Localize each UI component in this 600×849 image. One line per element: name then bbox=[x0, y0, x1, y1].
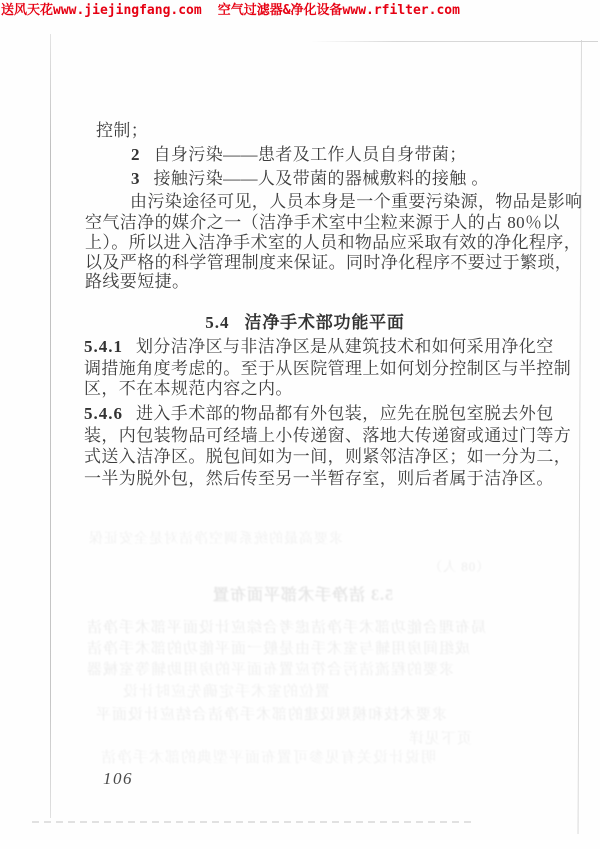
clause-line: 5.4.6进入手术部的物品都有外包装，应先在脱包室脱去外包 bbox=[84, 404, 554, 423]
watermark-header: 送风天花www.jiejingfang.com空气过滤器&净化设备www.rfi… bbox=[1, 2, 460, 19]
bleedthrough-line: 成组间房用辅与室术手由是般一面平能功的部术手净洁 bbox=[86, 637, 470, 658]
line-text: 进入手术部的物品都有外包装，应先在脱包室脱去外包 bbox=[136, 404, 554, 423]
page-top-edge bbox=[310, 41, 598, 42]
bleedthrough-line: 明说计设关有见参可置布面平型典的部术手净洁 bbox=[100, 746, 436, 767]
bleedthrough-line: （08 人） bbox=[428, 556, 489, 575]
list-item: 3接触污染——人及带菌的器械敷料的接触 。 bbox=[131, 169, 489, 188]
paragraph-line: 式送入洁净区。脱包间如为一间，则紧邻洁净区；如一分为二， bbox=[84, 447, 571, 466]
page-bottom-shadow bbox=[32, 821, 474, 823]
line-text: 路线要短捷。 bbox=[85, 272, 189, 291]
paragraph-line: 由污染途径可见，人员本身是一个重要污染源，物品是影响 bbox=[130, 192, 582, 211]
bleedthrough-line: 求要高最的统系调空净洁对是全安证保 bbox=[88, 528, 343, 548]
line-text: 装，内包装物品可经墙上小传递窗、落地大传递窗或通过门等方 bbox=[84, 426, 571, 445]
bleedthrough-line: 求要的程流洁污合符应置布面平的房用助辅等室械器 bbox=[86, 658, 454, 679]
line-text: 划分洁净区与非洁净区是从建筑技术和如何采用净化空 bbox=[136, 337, 554, 356]
line-text: 以及严格的科学管理制度来保证。同时净化程序不要过于繁琐， bbox=[85, 253, 572, 272]
bleedthrough-line: 求要术技和模规设建的部术手净洁合结应计设面平 bbox=[95, 703, 447, 724]
paragraph-line: 空气洁净的媒介之一（洁净手术室中尘粒来源于人的占 80％以 bbox=[85, 213, 560, 232]
line-text: 由污染途径可见，人员本身是一个重要污染源，物品是影响 bbox=[130, 192, 582, 211]
line-text: 式送入洁净区。脱包间如为一间，则紧邻洁净区；如一分为二， bbox=[84, 447, 571, 466]
list-item: 2自身污染——患者及工作人员自身带菌； bbox=[131, 145, 467, 164]
line-text: 调措施角度考虑的。至于从医院管理上如何划分控制区与半控制 bbox=[84, 359, 571, 378]
scanned-document-page: 送风天花www.jiejingfang.com空气过滤器&净化设备www.rfi… bbox=[0, 0, 600, 849]
paragraph-line: 上）。所以进入洁净手术室的人员和物品应采取有效的净化程序， bbox=[85, 233, 581, 252]
line-text: 控制； bbox=[96, 121, 148, 140]
bleedthrough-line: 局布理合能功部术手净洁虑考合综应计设面平部术手净洁 bbox=[86, 616, 486, 637]
clause-number: 5.4.1 bbox=[84, 337, 123, 356]
clause-line: 5.4.1划分洁净区与非洁净区是从建筑技术和如何采用净化空 bbox=[84, 337, 554, 356]
section-number: 5.4 bbox=[205, 313, 229, 332]
paragraph-line: 调措施角度考虑的。至于从医院管理上如何划分控制区与半控制 bbox=[84, 359, 571, 378]
line-text: 区，不在本规范内容之内。 bbox=[84, 379, 293, 398]
watermark-left-text: 送风天花www.jiejingfang.com bbox=[1, 3, 202, 18]
line-text: 一半为脱外包，然后传至另一半暂存室，则后者属于洁净区。 bbox=[84, 469, 554, 488]
line-text: 空气洁净的媒介之一（洁净手术室中尘粒来源于人的占 80％以 bbox=[85, 213, 560, 232]
bleedthrough-line: 页下见详 bbox=[408, 727, 472, 748]
watermark-right-text: 空气过滤器&净化设备www.rfilter.com bbox=[218, 3, 460, 18]
paragraph-line: 装，内包装物品可经墙上小传递窗、落地大传递窗或通过门等方 bbox=[84, 426, 571, 445]
line-text: 自身污染——患者及工作人员自身带菌； bbox=[154, 145, 467, 164]
paragraph-line: 路线要短捷。 bbox=[85, 272, 189, 291]
paragraph-line: 控制； bbox=[96, 121, 148, 140]
clause-number: 5.4.6 bbox=[84, 404, 123, 423]
bleedthrough-line: 置位的室术手定确先应时计设 bbox=[122, 680, 330, 701]
paragraph-line: 一半为脱外包，然后传至另一半暂存室，则后者属于洁净区。 bbox=[84, 469, 554, 488]
page-right-edge bbox=[578, 40, 582, 834]
list-number: 3 bbox=[131, 169, 141, 188]
page-left-edge bbox=[50, 34, 51, 818]
line-text: 接触污染——人及带菌的器械敷料的接触 。 bbox=[154, 169, 489, 188]
list-number: 2 bbox=[131, 145, 141, 164]
bleedthrough-heading: 5.3 洁净手术部平面布置 bbox=[212, 582, 393, 605]
page-number: 106 bbox=[103, 769, 133, 789]
line-text: 上）。所以进入洁净手术室的人员和物品应采取有效的净化程序， bbox=[85, 233, 581, 252]
paragraph-line: 以及严格的科学管理制度来保证。同时净化程序不要过于繁琐， bbox=[85, 253, 572, 272]
section-heading: 5.4洁净手术部功能平面 bbox=[85, 308, 525, 333]
section-title: 洁净手术部功能平面 bbox=[245, 313, 405, 332]
paragraph-line: 区，不在本规范内容之内。 bbox=[84, 379, 293, 398]
